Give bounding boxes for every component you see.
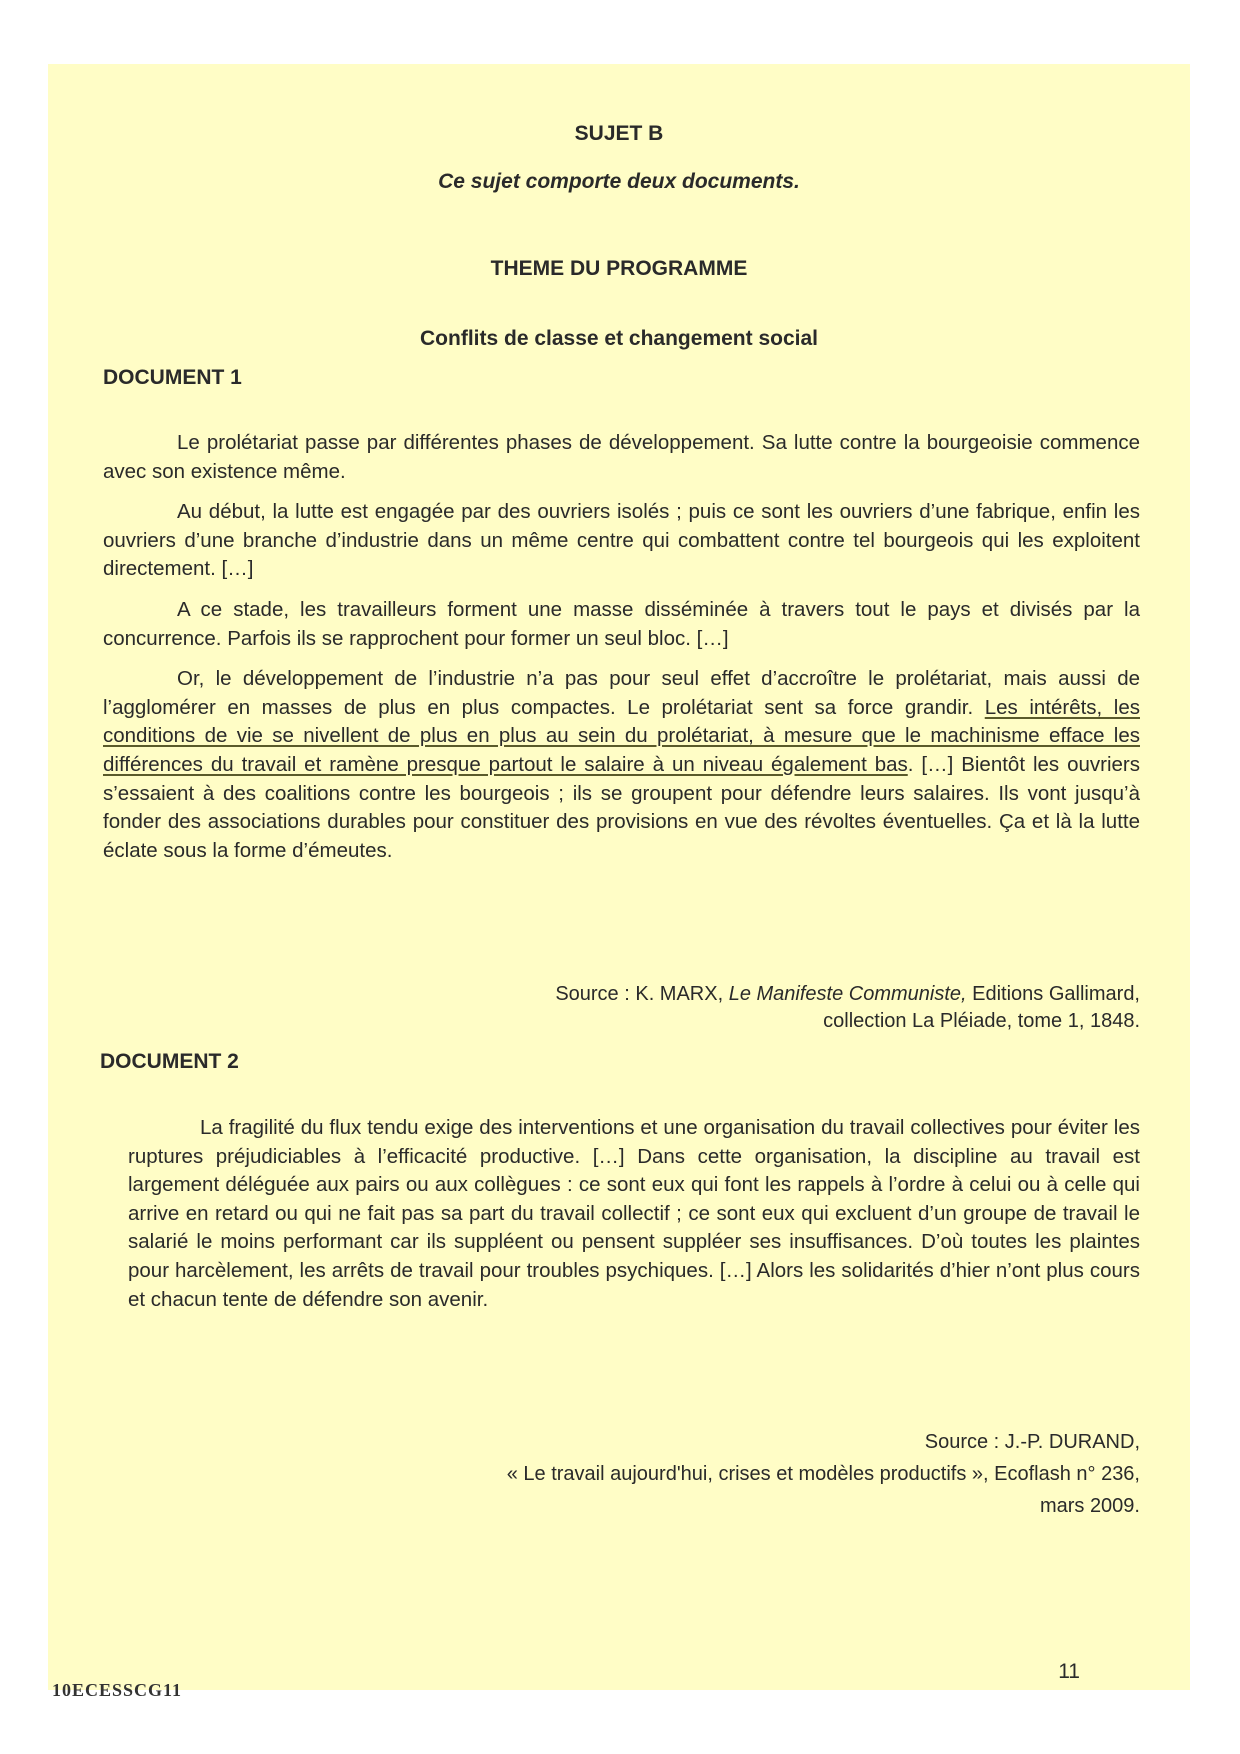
- document-1-source: Source : K. MARX, Le Manifeste Communist…: [240, 981, 1140, 1035]
- document-1-heading: DOCUMENT 1: [103, 366, 242, 390]
- exam-page: SUJET B Ce sujet comporte deux documents…: [48, 64, 1190, 1690]
- page-number: 11: [1058, 1660, 1080, 1684]
- source-publisher: Editions Gallimard,: [967, 983, 1140, 1005]
- subject-subtitle: Ce sujet comporte deux documents.: [48, 170, 1190, 194]
- source-title: « Le travail aujourd'hui, crises et modè…: [240, 1458, 1140, 1490]
- source-title: Le Manifeste Communiste,: [729, 983, 967, 1005]
- document-2-text: La fragilité du flux tendu exige des int…: [128, 1114, 1140, 1326]
- document-1-paragraph: Au début, la lutte est engagée par des o…: [103, 498, 1140, 584]
- document-1-paragraph: Or, le développement de l’industrie n’a …: [103, 665, 1140, 865]
- exam-code: 10ECESSCG11: [52, 1680, 182, 1701]
- source-author: Source : J.-P. DURAND,: [240, 1426, 1140, 1458]
- document-2-heading: DOCUMENT 2: [100, 1050, 239, 1074]
- document-1-text: Le prolétariat passe par différentes pha…: [103, 429, 1140, 877]
- source-date: mars 2009.: [240, 1490, 1140, 1522]
- subject-title: SUJET B: [48, 122, 1190, 146]
- theme-title: Conflits de classe et changement social: [48, 327, 1190, 351]
- source-author: Source : K. MARX,: [555, 983, 728, 1005]
- document-1-paragraph: Le prolétariat passe par différentes pha…: [103, 429, 1140, 486]
- document-2-paragraph: La fragilité du flux tendu exige des int…: [128, 1114, 1140, 1314]
- source-collection: collection La Pléiade, tome 1, 1848.: [240, 1008, 1140, 1035]
- theme-label: THEME DU PROGRAMME: [48, 257, 1190, 281]
- document-1-paragraph: A ce stade, les travailleurs forment une…: [103, 596, 1140, 653]
- document-2-source: Source : J.-P. DURAND, « Le travail aujo…: [240, 1426, 1140, 1522]
